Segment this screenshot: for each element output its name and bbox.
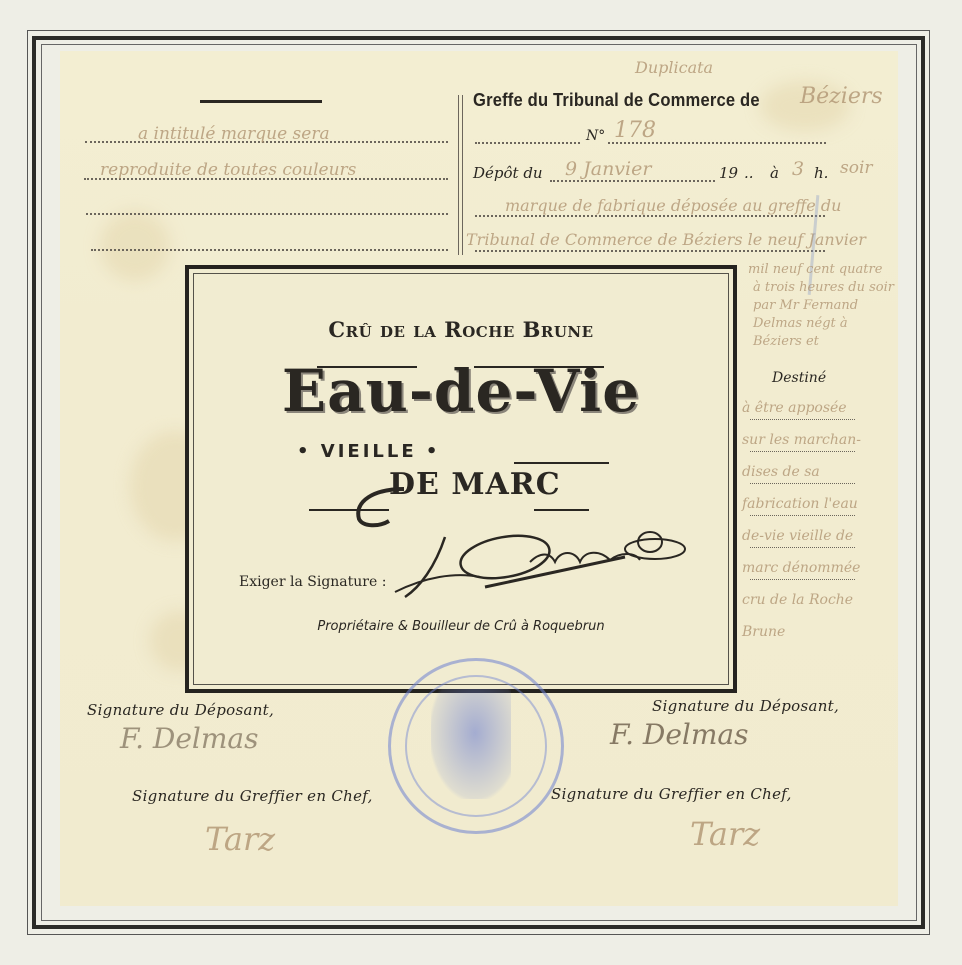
handwritten-destine-note: Brune (742, 624, 785, 640)
dotted-line (550, 180, 715, 182)
stain (100, 211, 170, 281)
label-marc: DE MARC (389, 467, 561, 502)
handwritten-side-note: à trois heures du soir (753, 280, 894, 295)
year-prefix: 19 (719, 164, 738, 182)
handwritten-side-note: par Mr Fernand (753, 298, 858, 313)
handwritten-note: marque de fabrique déposée au greffe du (505, 196, 841, 215)
handwritten-city: Béziers (800, 84, 883, 109)
clerk-signature-label-left: Signature du Greffier en Chef, (132, 787, 373, 805)
dotted-line (750, 515, 855, 516)
dotted-line (86, 213, 448, 215)
time-value: 3 (792, 158, 804, 180)
ornament-rule (514, 462, 609, 464)
number-value: 178 (614, 118, 656, 143)
handwritten-destine-note: fabrication l'eau (742, 496, 858, 512)
label-cru-title: Crû de la Roche Brune (189, 317, 733, 342)
printed-signature-icon (385, 527, 705, 607)
depositor-signature-right: F. Delmas (610, 718, 748, 751)
dotted-line (750, 547, 855, 548)
dotted-line (750, 579, 855, 580)
producer-line: Propriétaire & Bouilleur de Crû à Roqueb… (189, 619, 733, 634)
handwritten-note: a intitulé marque sera (138, 124, 330, 144)
trademark-label: Crû de la Roche Brune Eau-de-Vie • VIEIL… (185, 265, 737, 693)
dotted-line (750, 419, 855, 420)
handwritten-destine-note: sur les marchan- (742, 432, 861, 448)
depositor-signature-label-right: Signature du Déposant, (652, 697, 839, 715)
destine-label: Destiné (772, 370, 826, 386)
dotted-line (750, 451, 855, 452)
label-product-name: Eau-de-Vie (189, 357, 733, 425)
time-unit: h. (814, 164, 828, 182)
divider-line (458, 95, 459, 255)
handwritten-duplicata: Duplicata (635, 58, 713, 77)
deposit-label: Dépôt du (473, 164, 543, 182)
label-vieille: • VIEILLE • (297, 441, 440, 462)
handwritten-destine-note: dises de sa (742, 464, 820, 480)
handwritten-note: Tribunal de Commerce de Béziers le neuf … (466, 230, 866, 249)
dotted-line (91, 249, 448, 251)
clerk-signature-label-right: Signature du Greffier en Chef, (551, 785, 792, 803)
dotted-line (475, 250, 825, 252)
handwritten-destine-note: marc dénommée (742, 560, 860, 576)
handwritten-side-note: Delmas négt à (753, 316, 848, 331)
dotted-line (475, 215, 825, 217)
depositor-signature-left: F. Delmas (120, 722, 258, 755)
divider-line (462, 95, 463, 255)
handwritten-side-note: mil neuf cent quatre (748, 262, 882, 277)
dotted-line (475, 142, 580, 144)
handwritten-note: reproduite de toutes couleurs (100, 160, 356, 180)
ornament-rule (534, 509, 589, 511)
deposit-date: 9 Janvier (565, 158, 651, 180)
time-period: soir (840, 158, 873, 178)
year-suffix: .. (744, 164, 754, 182)
clerk-signature-right: Tarz (690, 815, 760, 853)
registry-title: Greffe du Tribunal de Commerce de (473, 90, 760, 111)
handwritten-side-note: Béziers et (753, 334, 819, 349)
short-rule (200, 100, 322, 103)
dotted-line (750, 483, 855, 484)
official-stamp (388, 658, 564, 834)
time-label: à (770, 164, 779, 182)
dotted-line (608, 142, 826, 144)
number-label: N° (586, 128, 605, 144)
handwritten-destine-note: à être apposée (742, 400, 847, 416)
handwritten-destine-note: cru de la Roche (742, 592, 853, 608)
stamp-figure-icon (431, 689, 511, 799)
depositor-signature-label-left: Signature du Déposant, (87, 701, 274, 719)
signature-prompt: Exiger la Signature : (239, 574, 386, 590)
flourish-icon (349, 481, 409, 529)
handwritten-destine-note: de-vie vieille de (742, 528, 853, 544)
clerk-signature-left: Tarz (205, 820, 275, 858)
